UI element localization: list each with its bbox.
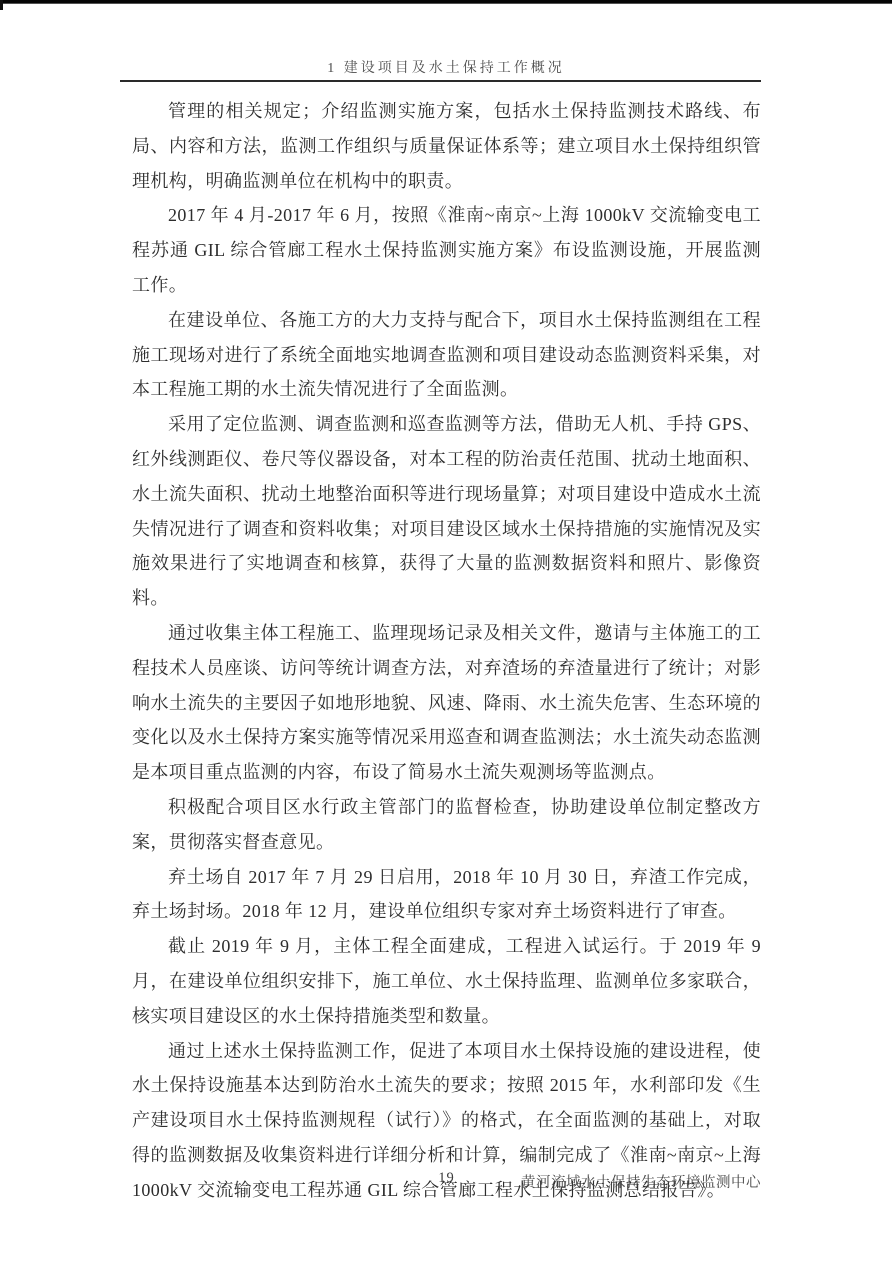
page-footer: 19 黄河流域水土保持生态环境监测中心 [132,1170,761,1192]
paragraph: 积极配合项目区水行政主管部门的监督检查，协助建设单位制定整改方案，贯彻落实督查意… [132,790,761,860]
scan-top-edge [0,0,892,4]
paragraph: 截止 2019 年 9 月，主体工程全面建成，工程进入试运行。于 2019 年 … [132,929,761,1033]
paragraph: 管理的相关规定；介绍监测实施方案，包括水土保持监测技术路线、布局、内容和方法，监… [132,94,761,198]
paragraph: 采用了定位监测、调查监测和巡查监测等方法，借助无人机、手持 GPS、红外线测距仪… [132,407,761,616]
paragraph: 通过收集主体工程施工、监理现场记录及相关文件，邀请与主体施工的工程技术人员座谈、… [132,616,761,790]
paragraph: 在建设单位、各施工方的大力支持与配合下，项目水土保持监测组在工程施工现场对进行了… [132,303,761,407]
footer-institution: 黄河流域水土保持生态环境监测中心 [521,1171,761,1192]
paragraph: 2017 年 4 月-2017 年 6 月，按照《淮南~南京~上海 1000kV… [132,198,761,302]
paragraph: 弃土场自 2017 年 7 月 29 日启用，2018 年 10 月 30 日，… [132,860,761,930]
document-page: 1 建设项目及水土保持工作概况 管理的相关规定；介绍监测实施方案，包括水土保持监… [0,0,892,1262]
document-body: 管理的相关规定；介绍监测实施方案，包括水土保持监测技术路线、布局、内容和方法，监… [132,94,761,1208]
scan-left-edge [0,0,3,10]
header-rule-divider [120,80,761,82]
running-header-title: 1 建设项目及水土保持工作概况 [0,57,892,77]
